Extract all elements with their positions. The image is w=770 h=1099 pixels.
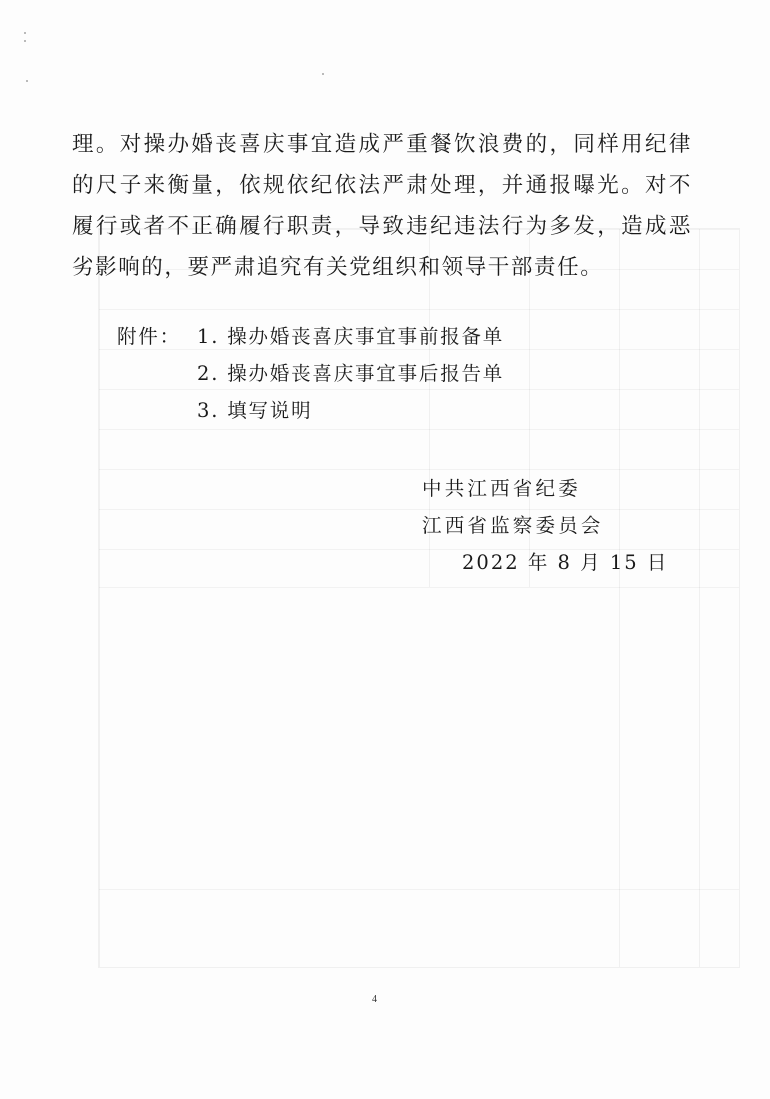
- attachments-label: 附件：: [117, 318, 197, 355]
- attachment-item: 3. 填写说明: [197, 392, 312, 429]
- attachments-list: 附件： 1. 操办婚丧喜庆事宜事前报备单 2. 操办婚丧喜庆事宜事后报告单 3.…: [117, 318, 504, 429]
- issue-date: 2022 年 8 月 15 日: [422, 544, 668, 581]
- attachment-row-1: 附件： 1. 操办婚丧喜庆事宜事前报备单: [117, 318, 504, 355]
- document-page: 理。对操办婚丧喜庆事宜造成严重餐饮浪费的，同样用纪律的尺子来衡量，依规依纪依法严…: [0, 0, 770, 1099]
- issuing-org-2: 江西省监察委员会: [422, 507, 668, 544]
- body-paragraph: 理。对操办婚丧喜庆事宜造成严重餐饮浪费的，同样用纪律的尺子来衡量，依规依纪依法严…: [72, 124, 692, 288]
- attachment-item: 1. 操办婚丧喜庆事宜事前报备单: [197, 318, 504, 355]
- attachment-row-3: 3. 填写说明: [117, 392, 504, 429]
- body-paragraph-text: 理。对操办婚丧喜庆事宜造成严重餐饮浪费的，同样用纪律的尺子来衡量，依规依纪依法严…: [72, 124, 692, 288]
- scan-speck: [322, 73, 324, 75]
- attachment-row-2: 2. 操办婚丧喜庆事宜事后报告单: [117, 355, 504, 392]
- scan-speck: [24, 40, 26, 42]
- scan-speck: [26, 80, 28, 82]
- signature-block: 中共江西省纪委 江西省监察委员会 2022 年 8 月 15 日: [422, 470, 668, 581]
- scan-speck: [24, 32, 26, 34]
- issuing-org-1: 中共江西省纪委: [422, 470, 668, 507]
- attachment-item: 2. 操办婚丧喜庆事宜事后报告单: [197, 355, 504, 392]
- page-number: 4: [372, 994, 377, 1005]
